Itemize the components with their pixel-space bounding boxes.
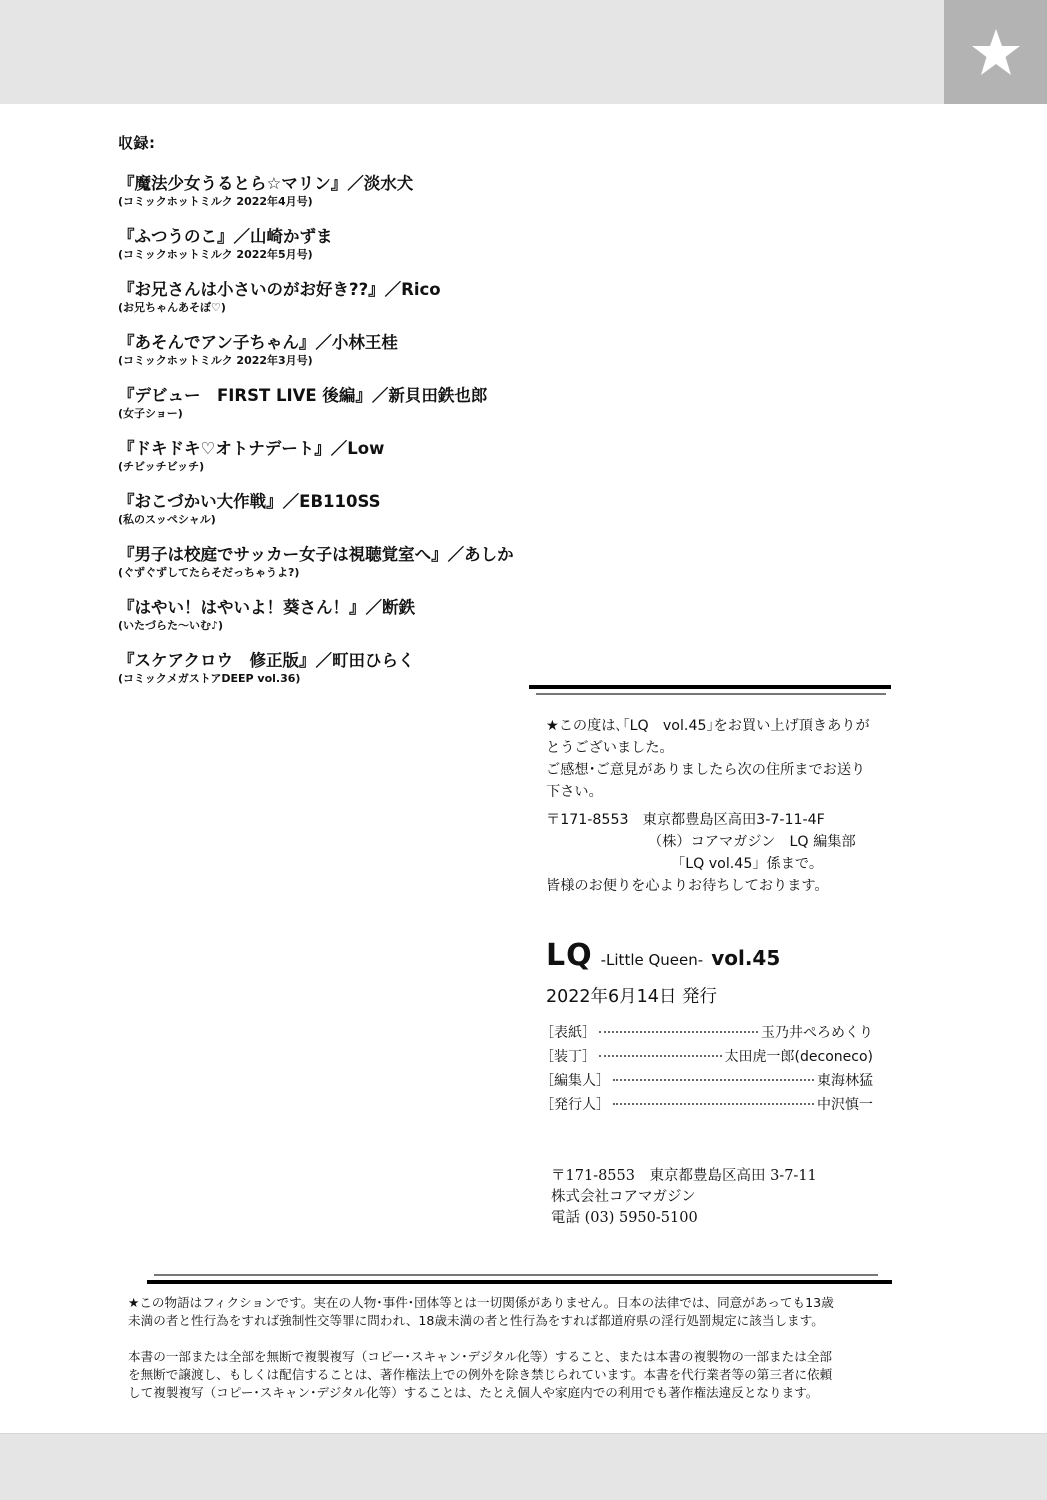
work-source: (いたづらた〜いむ♪) [118,618,538,634]
divider-thin [536,693,886,695]
credit-row: ［表紙］玉乃井ぺろめくり [540,1022,873,1046]
publisher-company: 株式会社コアマガジン [551,1187,817,1208]
thanks-line: ★この度は､｢LQ vol.45｣をお買い上げ頂きありが [546,715,896,737]
fiction-notice: ★この物語はフィクションです。実在の人物･事件･団体等とは一切関係がありません。… [128,1294,908,1312]
credit-role: ［表紙］ [540,1022,596,1042]
work-item: 『スケアクロウ 修正版』／町田ひらく(コミックメガストアDEEP vol.36) [118,650,538,687]
work-source: (コミックホットミルク 2022年3月号) [118,353,538,369]
work-source: (コミックメガストアDEEP vol.36) [118,671,538,687]
top-band [0,0,1047,104]
credit-role: ［装丁］ [540,1046,596,1066]
work-title: 『おこづかい大作戦』／EB110SS [118,491,538,512]
reader-message: ★この度は､｢LQ vol.45｣をお買い上げ頂きありが とうございました。 ご… [546,715,896,897]
fiction-notice: 未満の者と性行為をすれば強制性交等罪に問われ、18歳未満の者と性行為をすれば都道… [128,1312,908,1330]
work-item: 『ドキドキ♡オトナデート』／Low(チビッチビッチ) [118,438,538,475]
credit-name: 中沢慎一 [817,1094,873,1114]
contents-list: 収録: 『魔法少女うるとら☆マリン』／淡水犬(コミックホットミルク 2022年4… [118,132,538,703]
work-title: 『デビュー FIRST LIVE 後編』／新貝田鉄也郎 [118,385,538,406]
bottom-band [0,1433,1047,1500]
divider-thin [154,1274,878,1276]
work-title: 『お兄さんは小さいのがお好き??』／Rico [118,279,538,300]
work-source: (女子ショー) [118,406,538,422]
feedback-line: ご感想･ご意見がありましたら次の住所までお送り [546,759,896,781]
credit-name: 東海林猛 [817,1070,873,1090]
work-title: 『スケアクロウ 修正版』／町田ひらく [118,650,538,671]
work-title: 『ドキドキ♡オトナデート』／Low [118,438,538,459]
copyright-notice: を無断で譲渡し、もしくは配信することは、著作権法上での例外を除き禁じられています… [128,1366,908,1384]
work-item: 『あそんでアン子ちゃん』／小林王桂(コミックホットミルク 2022年3月号) [118,332,538,369]
work-item: 『デビュー FIRST LIVE 後編』／新貝田鉄也郎(女子ショー) [118,385,538,422]
work-item: 『おこづかい大作戦』／EB110SS(私のスッペシャル) [118,491,538,528]
star-icon [971,28,1021,76]
work-source: (私のスッペシャル) [118,512,538,528]
copyright-notice: して複製複写（コピー･スキャン･デジタル化等）することは、たとえ個人や家庭内での… [128,1384,908,1402]
legal-notice: ★この物語はフィクションです。実在の人物･事件･団体等とは一切関係がありません。… [128,1294,908,1402]
work-item: 『お兄さんは小さいのがお好き??』／Rico(お兄ちゃんあそぼ♡) [118,279,538,316]
thanks-line: とうございました。 [546,737,896,759]
copyright-notice: 本書の一部または全部を無断で複製複写（コピー･スキャン･デジタル化等）すること、… [128,1348,908,1366]
credits-list: ［表紙］玉乃井ぺろめくり ［装丁］太田虎一郎(deconeco) ［編集人］東海… [540,1022,873,1118]
star-badge [944,0,1047,104]
credit-name: 太田虎一郎(deconeco) [725,1046,873,1066]
publisher-info: 〒171-8553 東京都豊島区高田 3-7-11 株式会社コアマガジン 電話 … [551,1166,817,1229]
work-title: 『ふつうのこ』／山崎かずま [118,226,538,247]
publisher-address: 〒171-8553 東京都豊島区高田 3-7-11 [551,1166,817,1187]
volume-number: vol.45 [711,946,780,970]
divider-thick [147,1280,892,1284]
credit-name: 玉乃井ぺろめくり [761,1022,873,1042]
work-item: 『魔法少女うるとら☆マリン』／淡水犬(コミックホットミルク 2022年4月号) [118,173,538,210]
contents-heading: 収録: [118,132,538,153]
work-title: 『魔法少女うるとら☆マリン』／淡水犬 [118,173,538,194]
work-title: 『男子は校庭でサッカー女子は視聴覚室へ』／あしか [118,544,538,565]
editorial-address: 〒171-8553 東京都豊島区高田3-7-11-4F （株）コアマガジン LQ… [546,809,896,875]
credit-row: ［装丁］太田虎一郎(deconeco) [540,1046,873,1070]
credit-row: ［発行人］中沢慎一 [540,1094,873,1118]
title-subtitle: -Little Queen- [601,951,704,969]
credit-role: ［編集人］ [540,1070,610,1090]
dot-leader [599,1055,722,1057]
work-item: 『男子は校庭でサッカー女子は視聴覚室へ』／あしか(ぐずぐずしてたらそだっちゃうよ… [118,544,538,581]
dot-leader [599,1031,758,1033]
divider-thick [529,685,891,689]
work-source: (チビッチビッチ) [118,459,538,475]
work-item: 『ふつうのこ』／山崎かずま(コミックホットミルク 2022年5月号) [118,226,538,263]
title-logo: LQ [546,938,593,973]
closing-line: 皆様のお便りを心よりお待ちしております。 [546,875,896,897]
feedback-line: 下さい。 [546,781,896,803]
work-source: (コミックホットミルク 2022年4月号) [118,194,538,210]
dot-leader [613,1103,814,1105]
address-line: 〒171-8553 東京都豊島区高田3-7-11-4F [546,809,896,831]
credit-row: ［編集人］東海林猛 [540,1070,873,1094]
dot-leader [613,1079,814,1081]
address-line: 「LQ vol.45」係まで。 [546,853,896,875]
magazine-title: LQ-Little Queen-vol.45 [546,938,780,973]
work-title: 『はやい！はやいよ！葵さん！』／断鉄 [118,597,538,618]
credit-role: ［発行人］ [540,1094,610,1114]
work-source: (コミックホットミルク 2022年5月号) [118,247,538,263]
work-source: (ぐずぐずしてたらそだっちゃうよ?) [118,565,538,581]
work-title: 『あそんでアン子ちゃん』／小林王桂 [118,332,538,353]
work-item: 『はやい！はやいよ！葵さん！』／断鉄(いたづらた〜いむ♪) [118,597,538,634]
address-line: （株）コアマガジン LQ 編集部 [546,831,896,853]
publisher-phone: 電話 (03) 5950-5100 [551,1208,817,1229]
publication-date: 2022年6月14日 発行 [546,983,717,1008]
work-source: (お兄ちゃんあそぼ♡) [118,300,538,316]
